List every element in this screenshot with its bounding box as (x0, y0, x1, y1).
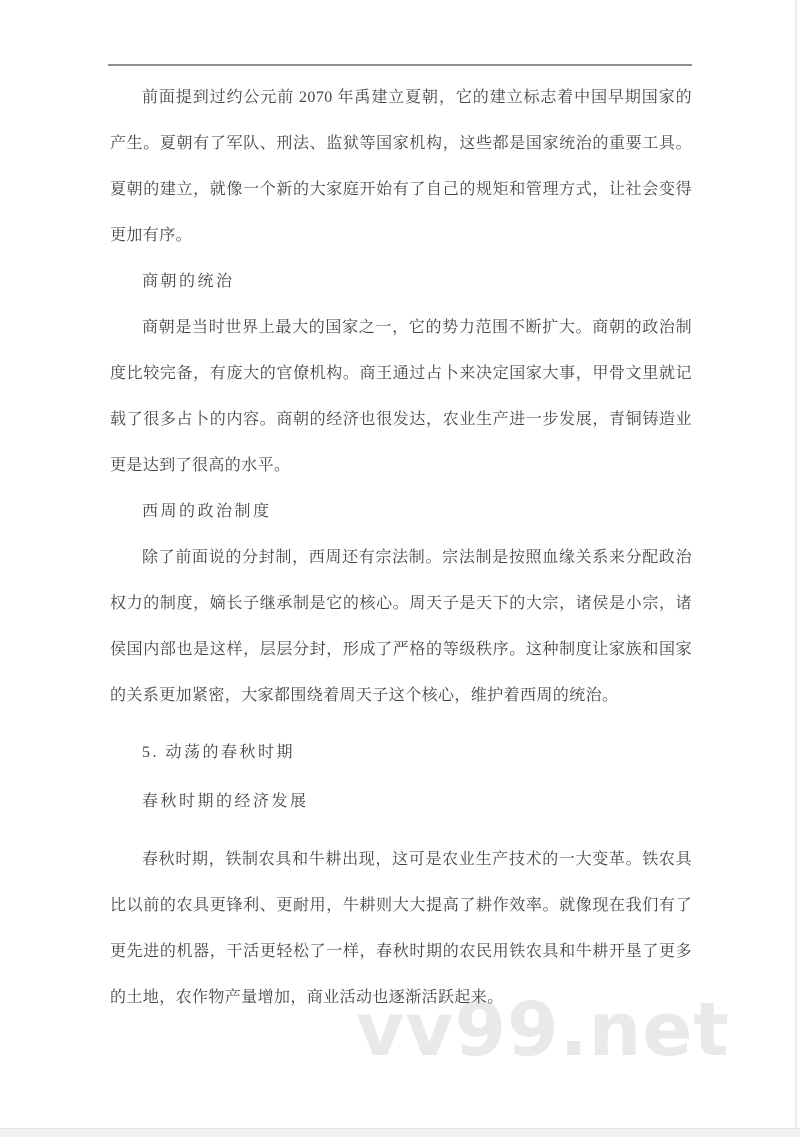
paragraph-western-zhou: 除了前面说的分封制，西周还有宗法制。宗法制是按照血缘关系来分配政治权力的制度，嫡… (110, 535, 692, 719)
header-rule (108, 64, 692, 66)
page-bottom-edge (0, 1128, 800, 1137)
page-right-edge (795, 0, 797, 1137)
heading-shang-rule: 商朝的统治 (110, 259, 692, 305)
paragraph-spring-autumn-economy: 春秋时期，铁制农具和牛耕出现，这可是农业生产技术的一大变革。铁农具比以前的农具更… (110, 837, 692, 1021)
heading-section-5-spring-autumn: 5. 动荡的春秋时期 (110, 730, 692, 776)
heading-spring-autumn-economy: 春秋时期的经济发展 (110, 779, 692, 825)
heading-western-zhou-politics: 西周的政治制度 (110, 489, 692, 535)
paragraph-xia-dynasty: 前面提到过约公元前 2070 年禹建立夏朝，它的建立标志着中国早期国家的产生。夏… (110, 75, 692, 259)
paragraph-shang-dynasty: 商朝是当时世界上最大的国家之一，它的势力范围不断扩大。商朝的政治制度比较完备，有… (110, 305, 692, 489)
document-page: vv99.net 前面提到过约公元前 2070 年禹建立夏朝，它的建立标志着中国… (0, 0, 800, 1137)
document-body: 前面提到过约公元前 2070 年禹建立夏朝，它的建立标志着中国早期国家的产生。夏… (110, 75, 692, 1021)
